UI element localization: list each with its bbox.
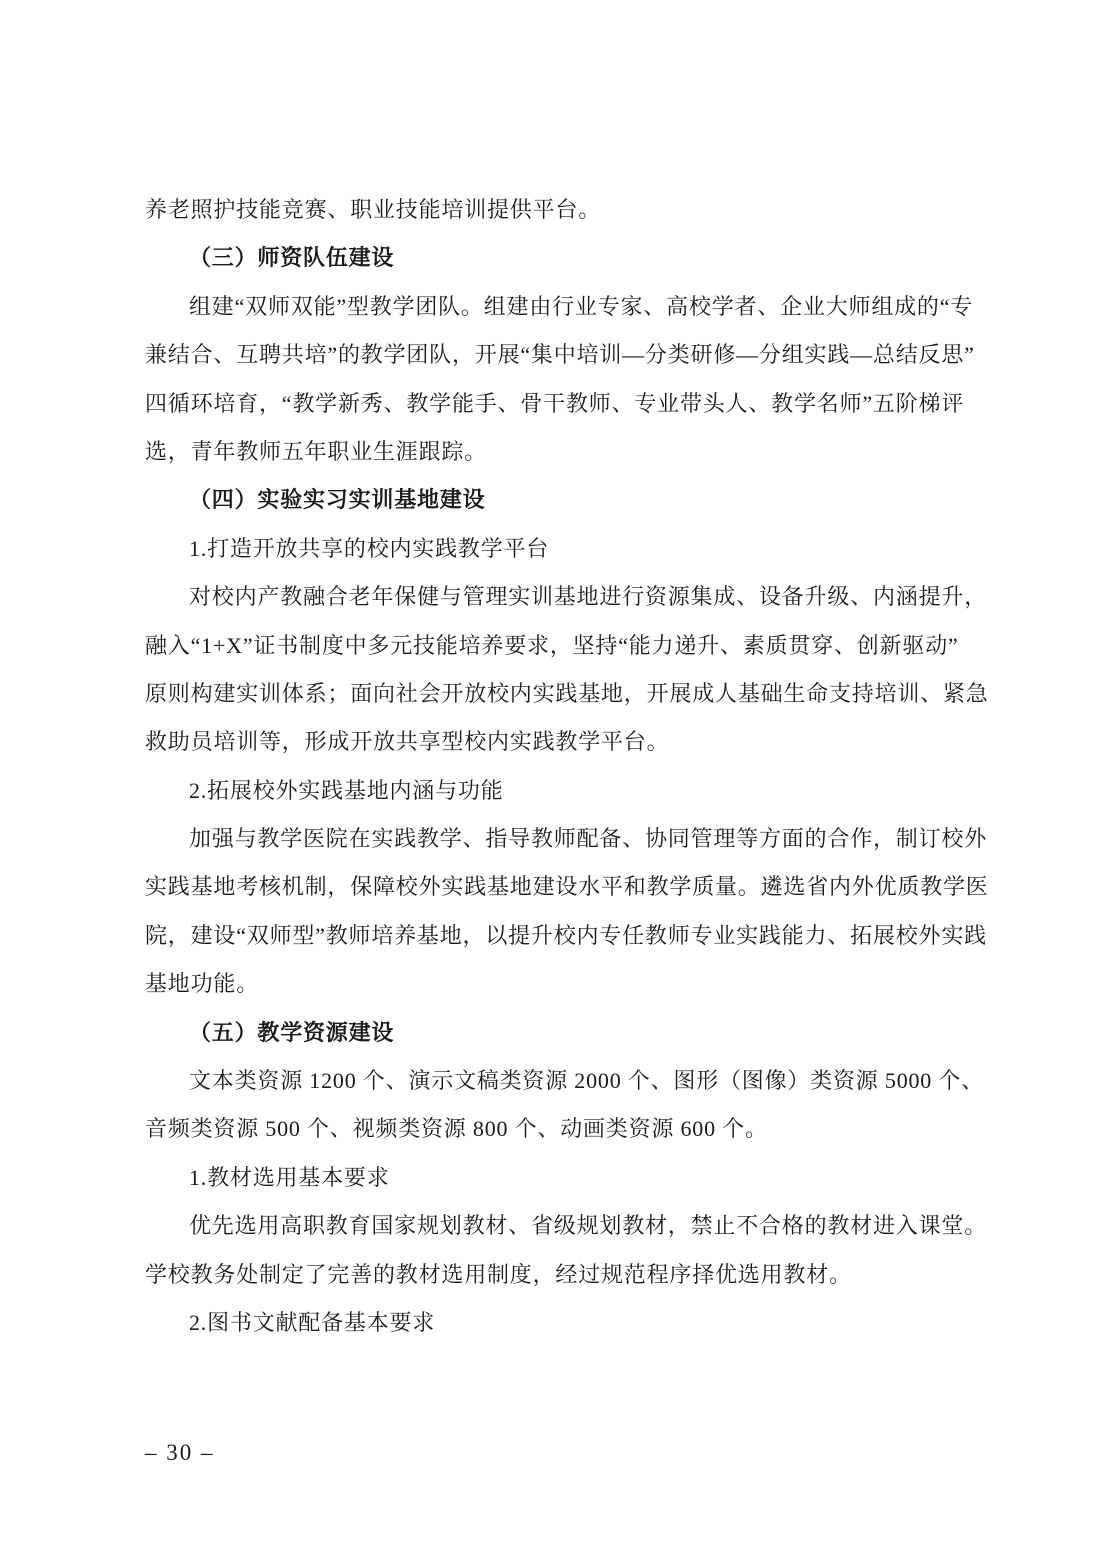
text-line: 四循环培育，“教学新秀、教学能手、骨干教师、专业带头人、教学名师”五阶梯评 — [145, 380, 970, 428]
text-line: 融入“1+X”证书制度中多元技能培养要求，坚持“能力递升、素质贯穿、创新驱动” — [145, 622, 970, 670]
text-line: 组建“双师双能”型教学团队。组建由行业专家、高校学者、企业大师组成的“专 — [145, 283, 970, 331]
subsection-title: 2.拓展校外实践基地内涵与功能 — [145, 767, 970, 815]
text-line: 原则构建实训体系；面向社会开放校内实践基地，开展成人基础生命支持培训、紧急 — [145, 670, 970, 718]
text-line: 对校内产教融合老年保健与管理实训基地进行资源集成、设备升级、内涵提升， — [145, 573, 970, 621]
section-heading: （四）实验实习实训基地建设 — [145, 476, 970, 524]
document-page: 养老照护技能竞赛、职业技能培训提供平台。 （三）师资队伍建设 组建“双师双能”型… — [0, 0, 1102, 1559]
text-line: 文本类资源 1200 个、演示文稿类资源 2000 个、图形（图像）类资源 50… — [145, 1057, 970, 1105]
text-line: 救助员培训等，形成开放共享型校内实践教学平台。 — [145, 718, 970, 766]
text-line: 养老照护技能竞赛、职业技能培训提供平台。 — [145, 186, 970, 234]
section-heading: （三）师资队伍建设 — [145, 234, 970, 282]
section-heading: （五）教学资源建设 — [145, 1009, 970, 1057]
text-line: 音频类资源 500 个、视频类资源 800 个、动画类资源 600 个。 — [145, 1105, 970, 1153]
text-line: 实践基地考核机制，保障校外实践基地建设水平和教学质量。遴选省内外优质教学医 — [145, 863, 970, 911]
text-line: 优先选用高职教育国家规划教材、省级规划教材，禁止不合格的教材进入课堂。 — [145, 1202, 970, 1250]
text-line: 学校教务处制定了完善的教材选用制度，经过规范程序择优选用教材。 — [145, 1251, 970, 1299]
text-line: 选，青年教师五年职业生涯跟踪。 — [145, 428, 970, 476]
document-body: 养老照护技能竞赛、职业技能培训提供平台。 （三）师资队伍建设 组建“双师双能”型… — [145, 186, 970, 1347]
text-line: 院，建设“双师型”教师培养基地，以提升校内专任教师专业实践能力、拓展校外实践 — [145, 912, 970, 960]
text-line: 基地功能。 — [145, 960, 970, 1008]
text-line: 兼结合、互聘共培”的教学团队，开展“集中培训—分类研修—分组实践—总结反思” — [145, 331, 970, 379]
text-line: 加强与教学医院在实践教学、指导教师配备、协同管理等方面的合作，制订校外 — [145, 815, 970, 863]
page-number: – 30 – — [145, 1440, 215, 1466]
subsection-title: 1.打造开放共享的校内实践教学平台 — [145, 525, 970, 573]
subsection-title: 1.教材选用基本要求 — [145, 1154, 970, 1202]
subsection-title: 2.图书文献配备基本要求 — [145, 1299, 970, 1347]
